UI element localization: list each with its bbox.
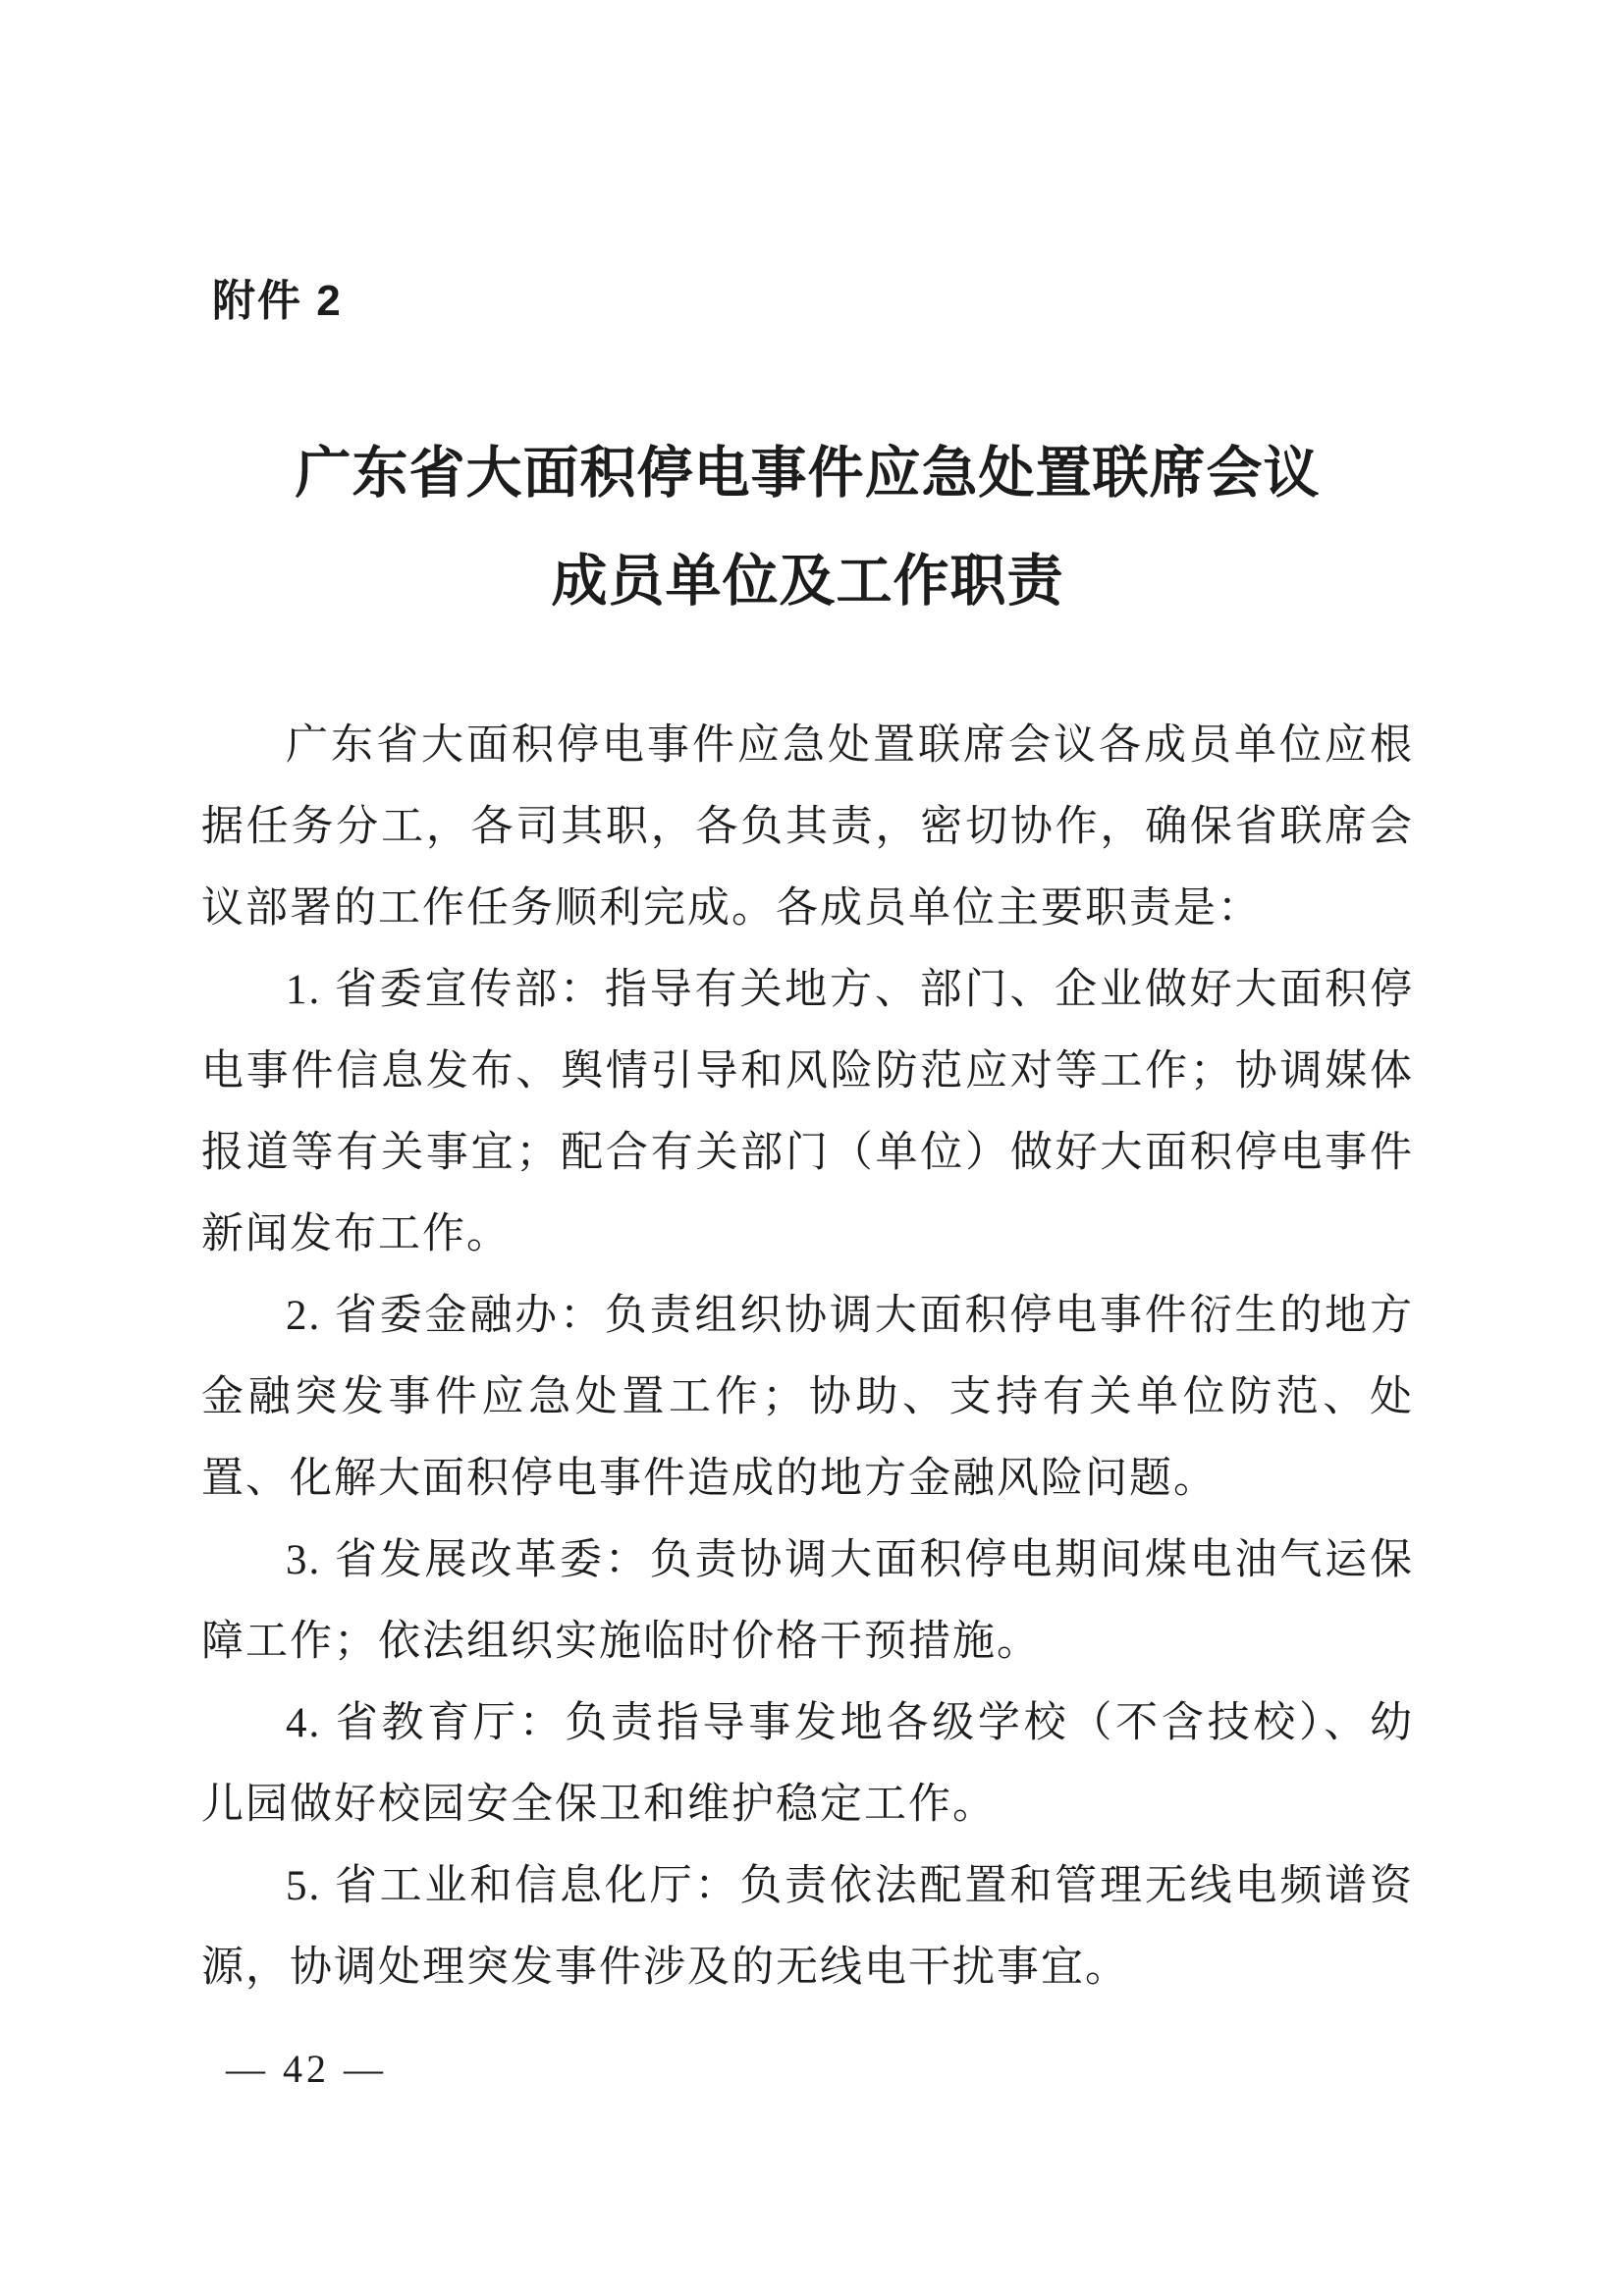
body-paragraph-item-4: 4. 省教育厅：负责指导事发地各级学校（不含技校）、幼儿园做好校园安全保卫和维护… <box>201 1682 1414 1845</box>
body-paragraph-intro: 广东省大面积停电事件应急处置联席会议各成员单位应根据任务分工，各司其职，各负其责… <box>201 705 1414 949</box>
body-paragraph-item-1: 1. 省委宣传部：指导有关地方、部门、企业做好大面积停电事件信息发布、舆情引导和… <box>201 949 1414 1275</box>
body-paragraph-item-5: 5. 省工业和信息化厅：负责依法配置和管理无线电频谱资源，协调处理突发事件涉及的… <box>201 1845 1414 2008</box>
body-paragraph-item-2: 2. 省委金融办：负责组织协调大面积停电事件衍生的地方金融突发事件应急处置工作；… <box>201 1275 1414 1520</box>
document-title: 广东省大面积停电事件应急处置联席会议 成员单位及工作职责 <box>201 420 1414 636</box>
document-page: 附件 2 广东省大面积停电事件应急处置联席会议 成员单位及工作职责 广东省大面积… <box>0 0 1624 2296</box>
document-title-line-2: 成员单位及工作职责 <box>201 528 1414 636</box>
document-body: 广东省大面积停电事件应急处置联席会议各成员单位应根据任务分工，各司其职，各负其责… <box>201 705 1414 2008</box>
attachment-label: 附件 2 <box>212 277 343 326</box>
body-paragraph-item-3: 3. 省发展改革委：负责协调大面积停电期间煤电油气运保障工作；依法组织实施临时价… <box>201 1520 1414 1682</box>
document-title-line-1: 广东省大面积停电事件应急处置联席会议 <box>201 420 1414 528</box>
page-number: — 42 — <box>226 2046 387 2092</box>
